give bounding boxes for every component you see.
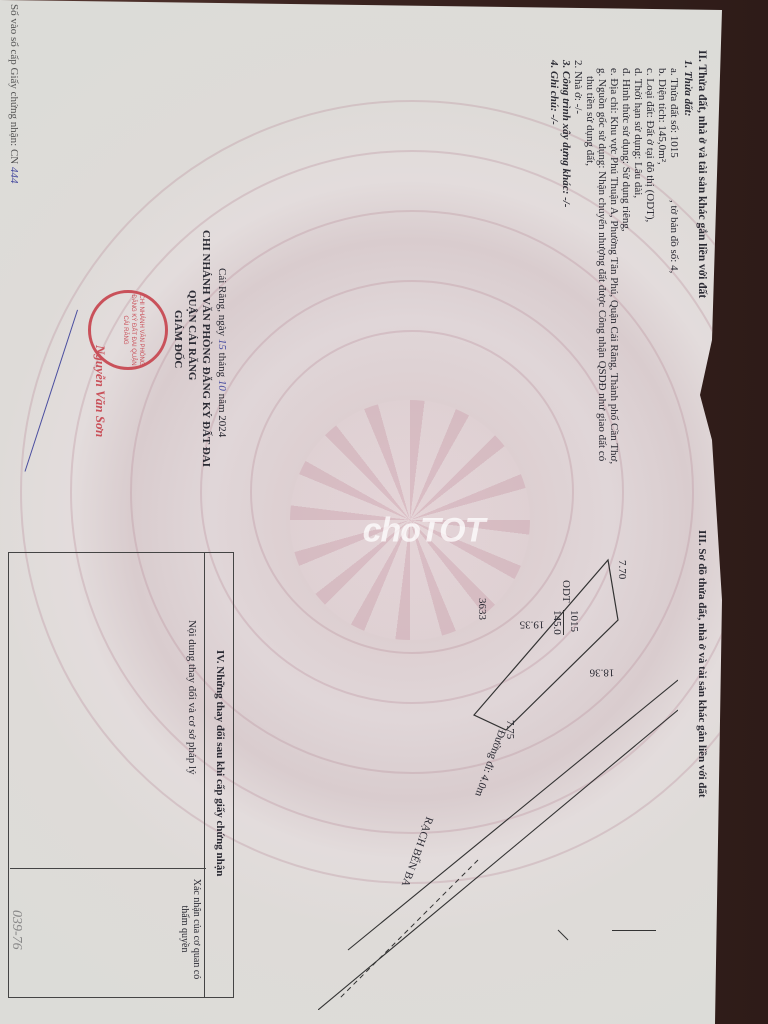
- section-iii-title: III. Sơ đồ thửa đất, nhà ở và tài sản kh…: [696, 530, 708, 798]
- registry-number: Số vào sổ cấp Giấy chứng nhận: CN 444: [8, 4, 20, 184]
- parcel-diagram: [318, 530, 678, 1010]
- other-works: 3. Công trình xây dựng khác: -/-: [560, 60, 572, 207]
- edge-left-length: 19.35: [520, 618, 545, 630]
- address: e. Địa chỉ: Khu vực Phú Thuận A, Phường …: [608, 68, 620, 464]
- parcel-area: 145.0: [551, 610, 564, 635]
- parcel-number: a. Thửa đất số: 1015: [668, 68, 680, 158]
- date-day: 15: [216, 339, 228, 350]
- use-origin: g. Nguồn gốc sử dụng: Nhận chuyển nhượng…: [596, 68, 608, 461]
- changes-table-divider: [10, 868, 206, 869]
- chotot-watermark: choTOT: [363, 511, 485, 550]
- signer-name: Nguyễn Văn Sơn: [92, 345, 108, 437]
- area: b. Diện tích: 145,0m²,: [656, 68, 668, 165]
- date-month: 10: [216, 380, 228, 391]
- use-term: d. Thời hạn sử dụng: Lâu dài,: [632, 68, 644, 198]
- map-sheet: , tờ bản đồ số: 4,: [668, 200, 680, 273]
- parcel-land-code: ODT: [560, 580, 572, 603]
- edge-top-length: 7.70: [616, 560, 628, 579]
- north-arrow-icon: [612, 930, 656, 931]
- neighbor-parcel: 3633: [476, 598, 488, 620]
- signing-date: Cái Răng, ngày 15 tháng 10 năm 2024: [216, 268, 228, 437]
- house: 2. Nhà ở: -/-: [572, 60, 584, 114]
- date-prefix: Cái Răng, ngày: [216, 268, 228, 336]
- date-year: năm 2024: [216, 394, 228, 438]
- col-changes-header: Nội dung thay đổi và cơ sở pháp lý: [186, 620, 198, 775]
- rotated-document: II. Thửa đất, nhà ở và tài sản khác gắn …: [0, 0, 768, 1024]
- edge-right-length: 18.36: [590, 666, 615, 678]
- land-type: c. Loại đất: Đất ở tại đô thị (ODT),: [644, 68, 656, 222]
- land-heading: 1. Thửa đất:: [682, 60, 694, 116]
- registry-label: Số vào sổ cấp Giấy chứng nhận: CN: [8, 4, 20, 164]
- month-label: tháng: [216, 353, 228, 377]
- office-district: QUẬN CÁI RĂNG: [186, 290, 198, 380]
- registry-value: 444: [8, 167, 20, 184]
- notes: 4. Ghi chú: -/-: [548, 60, 560, 125]
- section-iv-title: IV. Những thay đổi sau khi cấp giấy chứn…: [214, 650, 226, 876]
- col-confirm-header: Xác nhận của cơ quan có thẩm quyền: [178, 874, 202, 984]
- signature-stroke: [25, 310, 78, 472]
- parcel-id: 1015: [568, 610, 580, 632]
- road-extension: [558, 930, 568, 940]
- section-ii-title: II. Thửa đất, nhà ở và tài sản khác gắn …: [696, 50, 708, 298]
- use-origin-cont: thu tiền sử dụng đất,: [584, 76, 596, 166]
- use-form: đ. Hình thức sử dụng: Sử dụng riêng,: [620, 68, 632, 232]
- parcel-outline: [474, 560, 618, 730]
- office-name: CHI NHÁNH VĂN PHÒNG ĐĂNG KÝ ĐẤT ĐAI: [200, 230, 212, 467]
- signer-title: GIÁM ĐỐC: [172, 310, 184, 368]
- handwritten-note: 039-76: [10, 910, 22, 950]
